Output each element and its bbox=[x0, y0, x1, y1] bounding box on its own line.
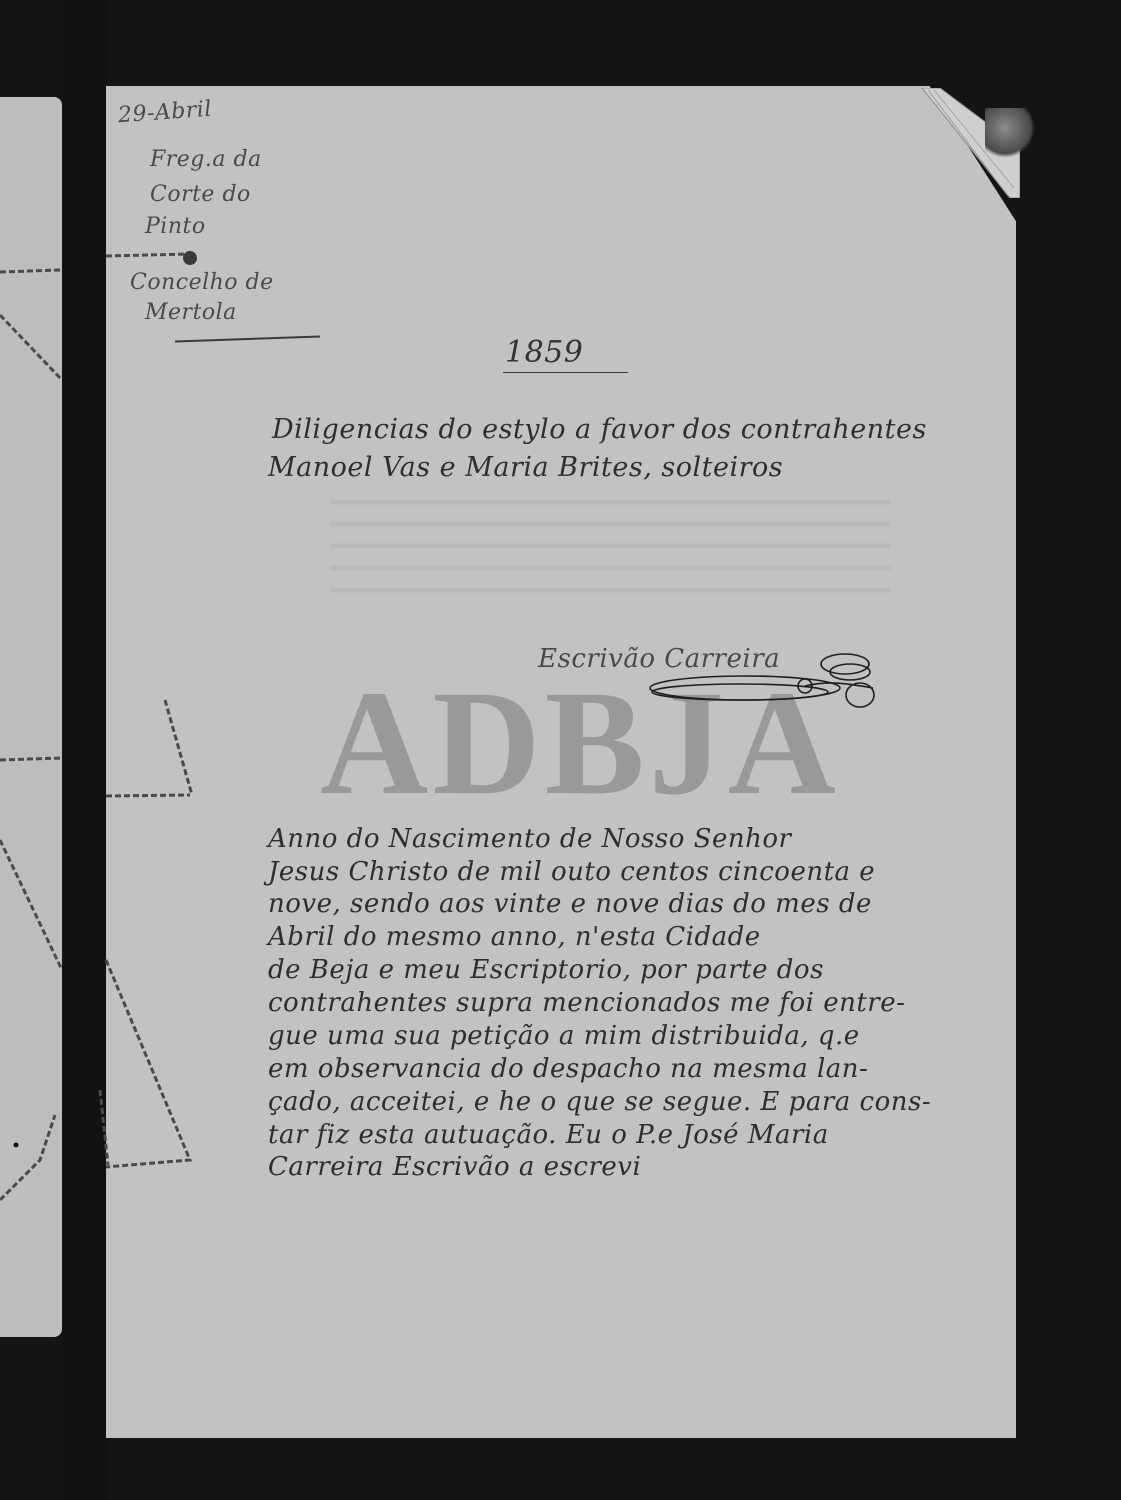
margin-note-line: Mertola bbox=[145, 298, 237, 328]
ink-bleed-through bbox=[330, 500, 890, 610]
body-line: Carreira Escrivão a escrevi bbox=[268, 1152, 641, 1182]
left-facing-page bbox=[0, 97, 62, 1337]
body-line: tar fiz esta autuação. Eu o P.e José Mar… bbox=[268, 1120, 829, 1150]
margin-note-line: Corte do bbox=[150, 180, 251, 210]
margin-note-line: Freg.a da bbox=[150, 145, 262, 175]
body-line: de Beja e meu Escriptorio, por parte dos bbox=[268, 955, 824, 985]
document-title-line: Diligencias do estylo a favor dos contra… bbox=[272, 414, 927, 445]
torn-paper-edge bbox=[985, 108, 1035, 158]
body-line: em observancia do despacho na mesma lan- bbox=[268, 1054, 868, 1084]
body-line: Abril do mesmo anno, n'esta Cidade bbox=[268, 922, 761, 952]
book-gutter bbox=[62, 0, 107, 1500]
margin-note-line: Pinto bbox=[145, 212, 206, 242]
body-line: gue uma sua petição a mim distribuida, q… bbox=[268, 1021, 860, 1051]
document-year: 1859 bbox=[505, 335, 583, 370]
body-line: nove, sendo aos vinte e nove dias do mes… bbox=[268, 889, 872, 919]
body-line: çado, acceitei, e he o que se segue. E p… bbox=[268, 1087, 931, 1117]
signature-flourish bbox=[645, 650, 875, 720]
body-line: Jesus Christo de mil outo centos cincoen… bbox=[268, 857, 875, 887]
margin-note-line: Concelho de bbox=[130, 268, 274, 298]
document-title-line: Manoel Vas e Maria Brites, solteiros bbox=[268, 452, 783, 483]
body-line: Anno do Nascimento de Nosso Senhor bbox=[268, 824, 791, 854]
body-line: contrahentes supra mencionados me foi en… bbox=[268, 988, 905, 1018]
year-underline bbox=[503, 372, 628, 373]
